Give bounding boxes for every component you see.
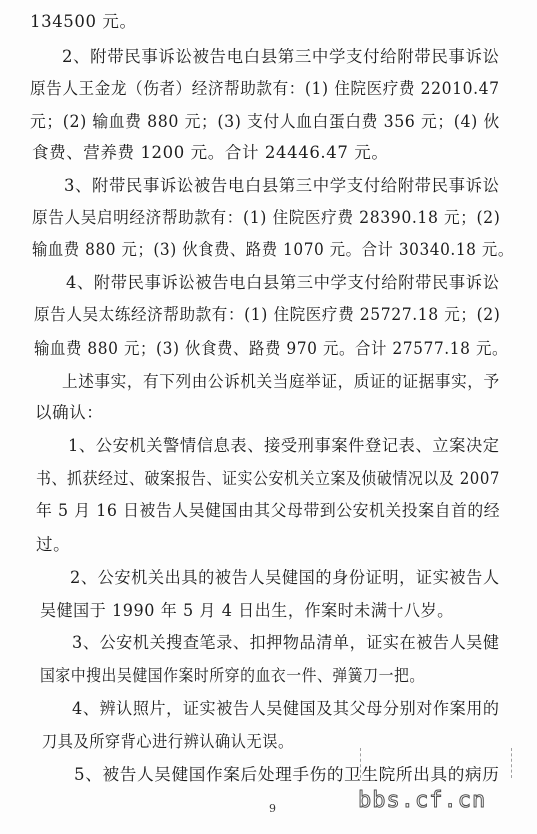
text-line: 4、附带民事诉讼被告电白县第三中学支付给附带民事诉讼: [66, 273, 500, 293]
text-line: 吴健国于 1990 年 5 月 4 日出生，作案时未满十八岁。: [40, 601, 454, 621]
text-line: 1、公安机关警情信息表、接受刑事案件登记表、立案决定: [68, 436, 500, 456]
text-line: 2、公安机关出具的被告人吴健国的身份证明，证实被告人: [70, 568, 500, 588]
text-line: 原告人王金龙（伤者）经济帮助款有：(1) 住院医疗费 22010.47: [30, 79, 500, 99]
text-line: 以确认：: [35, 403, 103, 423]
text-line: 输血费 880 元；(3) 伙食费、路费 970 元。合计 27577.18 元…: [34, 339, 508, 359]
text-line: 3、公安机关搜查笔录、扣押物品清单，证实在被告人吴健: [72, 633, 500, 653]
text-line: 原告人吴启明经济帮助款有：(1) 住院医疗费 28390.18 元；(2): [32, 208, 500, 228]
text-line: 刀具及所穿背心进行辨认确认无误。: [42, 732, 294, 752]
page-number: 9: [269, 802, 276, 815]
text-line: 过。: [36, 535, 70, 555]
watermark-text: bbs.cf.cn: [358, 788, 486, 813]
text-line: 书、抓获经过、破案报告、证实公安机关立案及侦破情况以及 2007: [36, 469, 500, 489]
text-line: 食费、营养费 1200 元。合计 24446.47 元。: [32, 143, 389, 163]
text-line: 元；(2) 输血费 880 元；(3) 支付人血白蛋白费 356 元；(4) 伙: [30, 112, 500, 132]
text-line: 3、附带民事诉讼被告电白县第三中学支付给附带民事诉讼: [64, 176, 500, 196]
text-line: 4、辨认照片，证实被告人吴健国及其父母分别对作案用的: [72, 699, 500, 719]
text-line: 国家中搜出吴健国作案时所穿的血衣一件、弹簧刀一把。: [40, 666, 425, 686]
text-line: 年 5 月 16 日被告人吴健国由其父母带到公安机关投案自首的经: [36, 501, 500, 521]
text-line: 上述事实，有下列由公诉机关当庭举证，质证的证据事实，予: [62, 372, 500, 392]
text-line: 134500 元。: [30, 12, 137, 32]
text-line: 原告人吴太练经济帮助款有：(1) 住院医疗费 25727.18 元；(2): [34, 305, 500, 325]
text-line: 输血费 880 元；(3) 伙食费、路费 1070 元。合计 30340.18 …: [32, 240, 514, 260]
text-line: 2、附带民事诉讼被告电白县第三中学支付给附带民事诉讼: [62, 47, 500, 67]
scanned-document-page: 134500 元。2、附带民事诉讼被告电白县第三中学支付给附带民事诉讼原告人王金…: [0, 0, 537, 834]
watermark-overlay: [360, 748, 512, 778]
